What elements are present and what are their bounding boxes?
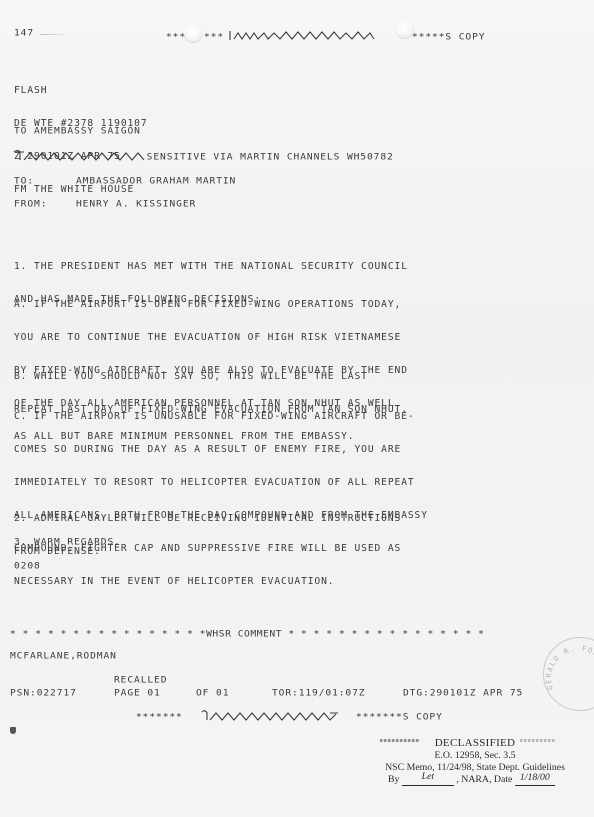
text-line: COMES SO DURING THE DAY AS A RESULT OF E… — [14, 444, 428, 455]
text-line: FROM DEFENSE. — [14, 546, 401, 557]
page-number: 147 — [14, 29, 34, 39]
header-stars-mid: *** — [204, 33, 224, 43]
dtg: DTG:290101Z APR 75 — [403, 689, 523, 699]
from-value: HENRY A. KISSINGER — [76, 200, 196, 210]
text-line: B. WHILE YOU SHOULD NOT SAY SO, THIS WIL… — [14, 371, 408, 382]
page-of: OF 01 — [196, 689, 229, 699]
declassified-date: 1/18/00 — [515, 774, 555, 786]
redacted-top-secret-handling — [12, 148, 150, 160]
text-line: A. IF THE AIRPORT IS OPEN FOR FIXED-WING… — [14, 299, 408, 310]
footer-stars-prefix: ******* — [136, 713, 183, 723]
redacted-top-secret-footer — [200, 708, 342, 720]
text-line: 2. ADMIRAL GAYLER WILL BE RECEIVING IDEN… — [14, 513, 401, 524]
paragraph-3: 3. WARM REGARDS. — [14, 538, 121, 548]
by-signature: Let — [402, 774, 454, 786]
date-value: 1/18/00 — [520, 772, 550, 783]
precedence: FLASH — [14, 85, 148, 96]
footer-suffix: *******S COPY — [356, 713, 443, 723]
paragraph-2: 2. ADMIRAL GAYLER WILL BE RECEIVING IDEN… — [14, 491, 401, 579]
from-label: FROM: — [14, 200, 47, 210]
declassified-authority: E.O. 12958, Sec. 3.5 — [385, 750, 565, 762]
cable-page: 147 *** *** *****S COPY FLASH DE WTE #23… — [0, 0, 594, 817]
redacted-top-secret-header — [228, 27, 378, 39]
whsr-name: MCFARLANE,RODMAN — [10, 652, 117, 662]
to-line: TO AMEMBASSY SAIGON — [14, 127, 141, 137]
end-code: 0208 — [14, 562, 41, 572]
declassification-stamp: DECLASSIFIED E.O. 12958, Sec. 3.5 NSC Me… — [385, 737, 565, 786]
declassified-title: DECLASSIFIED — [385, 737, 565, 750]
text-line: C. IF THE AIRPORT IS UNUSABLE FOR FIXED-… — [14, 411, 428, 422]
text-line: 1. THE PRESIDENT HAS MET WITH THE NATION… — [14, 261, 408, 272]
recalled-label: RECALLED — [114, 676, 167, 686]
nara-label: , NARA, Date — [456, 774, 512, 785]
whsr-comment-line: * * * * * * * * * * * * * * * *WHSR COMM… — [10, 630, 484, 640]
header-stars-prefix: *** — [166, 33, 186, 43]
punch-hole-left — [184, 24, 202, 42]
text-line: YOU ARE TO CONTINUE THE EVACUATION OF HI… — [14, 332, 408, 343]
text-line: IMMEDIATELY TO RESORT TO HELICOPTER EVAC… — [14, 477, 428, 488]
psn: PSN:022717 — [10, 689, 77, 699]
header-suffix: *****S COPY — [412, 33, 485, 43]
page-indicator: PAGE 01 — [114, 689, 161, 699]
declassified-by-row: By Let , NARA, Date 1/18/00 — [385, 774, 565, 786]
tor: TOR:119/01:07Z — [272, 689, 365, 699]
by-label: By — [388, 774, 399, 785]
seal-icon — [10, 727, 16, 734]
svg-text:GERALD R. FORD LIBRARY: GERALD R. FORD LIBRARY — [543, 637, 594, 697]
page-number-dash — [40, 34, 70, 35]
routing-block: FLASH DE WTE #2378 1190107 Z 290101Z APR… — [14, 63, 148, 217]
library-stamp-text: GERALD R. FORD LIBRARY — [543, 637, 594, 709]
to-value: AMBASSADOR GRAHAM MARTIN — [76, 177, 236, 187]
handling-text: SENSITIVE VIA MARTIN CHANNELS WH50782 — [140, 153, 394, 163]
by-initials: Let — [422, 771, 435, 782]
to-label: TO: — [14, 177, 34, 187]
